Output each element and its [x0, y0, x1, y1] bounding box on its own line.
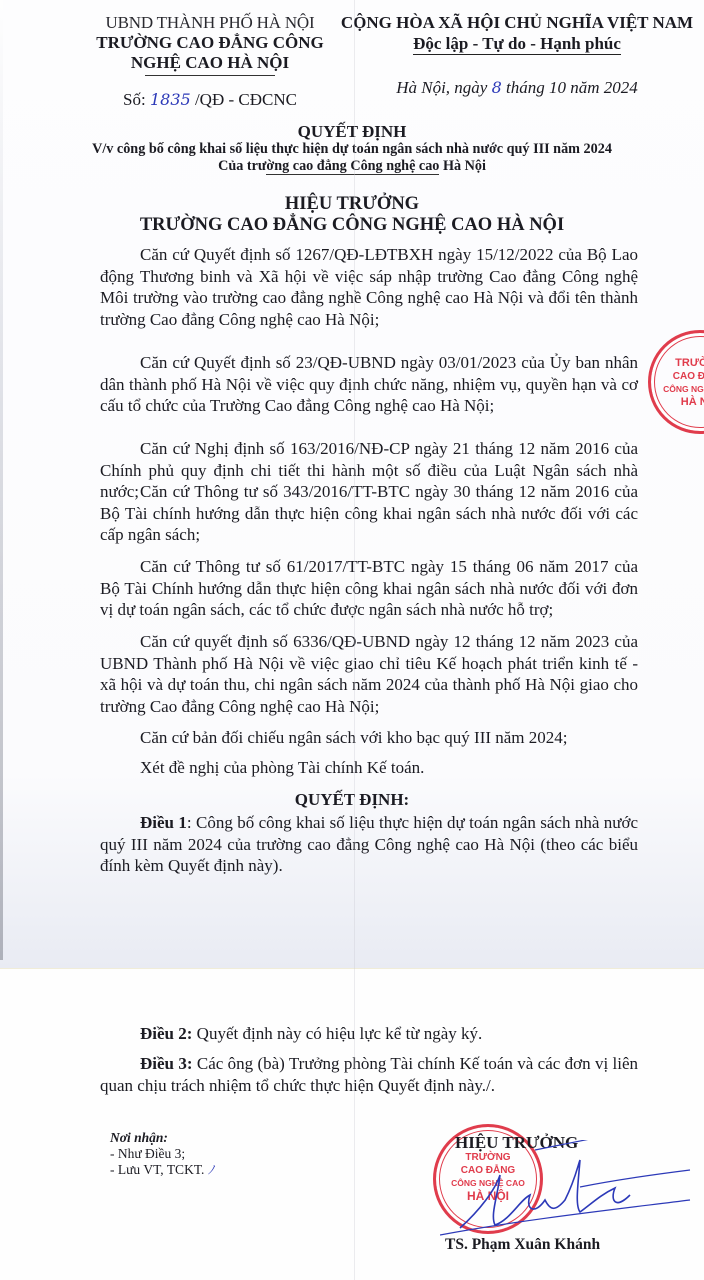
article-1-label: Điều 1 [140, 813, 187, 832]
place-and-date: Hà Nội, ngày 8 tháng 10 năm 2024 [330, 78, 704, 98]
stamp-line: CÔNG NGHỆ CAO [663, 383, 704, 396]
doc-number-prefix: Số: [123, 90, 146, 109]
subject-suffix: Hà Nội [439, 158, 486, 174]
organization-name-line2: NGHỆ CAO HÀ NỘI [95, 53, 325, 73]
recipients-label: Nơi nhận: [110, 1130, 214, 1146]
doc-number-suffix: /QĐ - CĐCNC [195, 90, 297, 109]
article-2: Điều 2: Quyết định này có hiệu lực kể từ… [100, 1023, 638, 1045]
stamp-line: CAO ĐẲNG [663, 370, 704, 383]
document-number: Số: 1835 /QĐ - CĐCNC [95, 90, 325, 110]
national-motto: Độc lập - Tự do - Hạnh phúc [330, 34, 704, 54]
legal-basis-5: Căn cứ Thông tư số 61/2017/TT-BTC ngày 1… [100, 556, 638, 621]
handwritten-initials: ﾉ [208, 1163, 214, 1177]
day-handwritten: 8 [492, 78, 502, 97]
article-3-label: Điều 3: [140, 1054, 193, 1073]
issuing-authority: UBND THÀNH PHỐ HÀ NỘI [95, 13, 325, 33]
doc-number-handwritten: 1835 [150, 90, 191, 109]
stamp-line: HÀ NỘI [663, 396, 704, 409]
document-page-1: UBND THÀNH PHỐ HÀ NỘI TRƯỜNG CAO ĐẲNG CÔ… [0, 0, 704, 968]
legal-basis-7: Căn cứ bản đối chiếu ngân sách với kho b… [100, 727, 638, 749]
handwritten-signature-icon [440, 1140, 700, 1240]
document-type-title: QUYẾT ĐỊNH [0, 122, 704, 142]
header-underline [145, 75, 275, 76]
article-2-label: Điều 2: [140, 1024, 192, 1043]
official-stamp-partial: TRƯỜNG CAO ĐẲNG CÔNG NGHỆ CAO HÀ NỘI [648, 330, 704, 434]
article-1-sep: : [187, 813, 196, 832]
organization-name-line1: TRƯỜNG CAO ĐẲNG CÔNG [95, 33, 325, 53]
legal-basis-4: Căn cứ Thông tư số 343/2016/TT-BTC ngày … [100, 481, 638, 546]
legal-basis-1: Căn cứ Quyết định số 1267/QĐ-LĐTBXH ngày… [100, 244, 638, 330]
recipients-block: Nơi nhận: - Như Điều 3; - Lưu VT, TCKT. … [110, 1130, 214, 1178]
article-1: Điều 1: Công bố công khai số liệu thực h… [100, 812, 638, 877]
recipient-item-text: - Lưu VT, TCKT. [110, 1162, 204, 1177]
stamp-line: TRƯỜNG [663, 357, 704, 370]
article-3: Điều 3: Các ông (bà) Trưởng phòng Tài ch… [100, 1053, 638, 1096]
motto-text: Độc lập - Tự do - Hạnh phúc [413, 34, 621, 55]
document-subject-line1: V/v công bố công khai số liệu thực hiện … [0, 141, 704, 158]
date-suffix: tháng 10 năm 2024 [506, 78, 638, 97]
subject-underlined: ờng cao đẳng Công nghệ cao [266, 158, 439, 175]
recipient-item: - Như Điều 3; [110, 1146, 214, 1162]
legal-basis-8: Xét đề nghị của phòng Tài chính Kế toán. [100, 757, 638, 779]
national-title: CỘNG HÒA XÃ HỘI CHỦ NGHĨA VIỆT NAM [330, 13, 704, 33]
date-prefix: Hà Nội, ngày [396, 78, 487, 97]
signer-organization-heading: TRƯỜNG CAO ĐẲNG CÔNG NGHỆ CAO HÀ NỘI [0, 215, 704, 236]
legal-basis-6: Căn cứ quyết định số 6336/QĐ-UBND ngày 1… [100, 631, 638, 717]
decision-heading: QUYẾT ĐỊNH: [0, 790, 704, 810]
document-subject-line2: Của trường cao đẳng Công nghệ cao Hà Nội [0, 158, 704, 175]
stamp-center-text: TRƯỜNG CAO ĐẲNG CÔNG NGHỆ CAO HÀ NỘI [663, 357, 704, 409]
page-fold-line [354, 0, 355, 1280]
signer-name: TS. Phạm Xuân Khánh [445, 1236, 600, 1254]
signer-position-heading: HIỆU TRƯỞNG [0, 194, 704, 215]
article-2-text: Quyết định này có hiệu lực kể từ ngày ký… [197, 1024, 483, 1043]
legal-basis-2: Căn cứ Quyết định số 23/QĐ-UBND ngày 03/… [100, 352, 638, 417]
subject-prefix: Của trư [218, 158, 266, 174]
recipient-item: - Lưu VT, TCKT. ﾉ [110, 1162, 214, 1178]
